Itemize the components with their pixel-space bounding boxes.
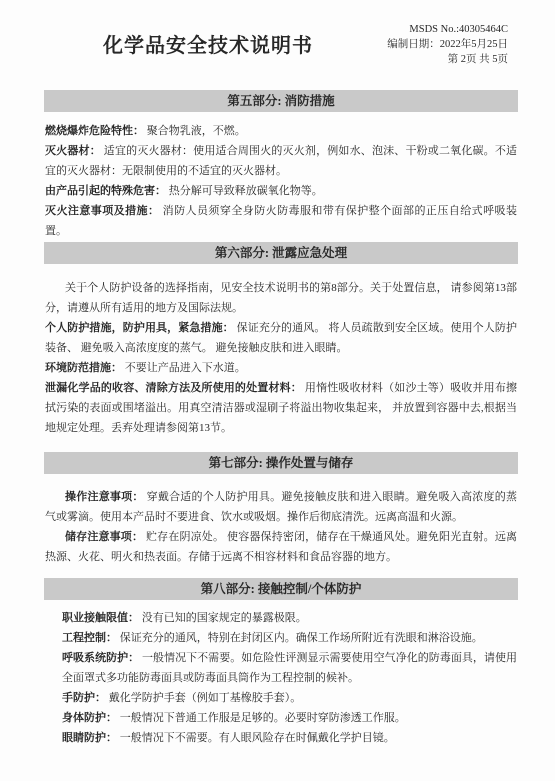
field-label: 身体防护： xyxy=(62,712,117,724)
page-indicator: 第 2页 共 5页 xyxy=(387,52,508,67)
paragraph: 操作注意事项： 穿戴合适的个人防护用具。避免接触皮肤和进入眼睛。避免吸入高浓度的… xyxy=(45,487,517,527)
field-value: 不要让产品进入下水道。 xyxy=(122,362,246,374)
paragraph: 工程控制： 保证充分的通风，特别在封闭区内。确保工作场所附近有洗眼和淋浴设施。 xyxy=(62,628,517,648)
section-header-fire-fighting: 第五部分: 消防措施 xyxy=(44,90,518,112)
paragraph: 灭火注意事项及措施： 消防人员须穿全身防火防毒服和带有保护整个面部的正压自给式呼… xyxy=(45,201,517,241)
field-label: 泄漏化学品的收容、清除方法及所使用的处置材料： xyxy=(45,382,302,394)
field-label: 个人防护措施，防护用具，紧急措施： xyxy=(45,322,234,334)
field-value: 一般情况下不需要。有人眼风险存在时佩戴化学护目镜。 xyxy=(117,732,395,744)
paragraph: 个人防护措施，防护用具，紧急措施： 保证充分的通风。 将人员疏散到安全区域。使用… xyxy=(45,318,517,358)
paragraph: 职业接触限值： 没有已知的国家规定的暴露极限。 xyxy=(62,608,517,628)
field-value: 聚合物乳液，不燃。 xyxy=(144,125,246,137)
field-value: 关于个人防护设备的选择指南，见安全技术说明书的第8部分。关于处置信息， 请参阅第… xyxy=(45,282,517,314)
section-body-exposure-control: 职业接触限值： 没有已知的国家规定的暴露极限。 工程控制： 保证充分的通风，特别… xyxy=(45,608,517,748)
page-title: 化学品安全技术说明书 xyxy=(103,29,313,58)
field-label: 呼吸系统防护： xyxy=(62,652,139,664)
field-label: 眼睛防护： xyxy=(62,732,117,744)
field-value: 保证充分的通风，特别在封闭区内。确保工作场所附近有洗眼和淋浴设施。 xyxy=(117,632,483,644)
msds-document-page: 化学品安全技术说明书 MSDS No.:40305464C 编制日期：2022年… xyxy=(0,0,555,781)
field-label: 工程控制： xyxy=(62,632,117,644)
paragraph: 眼睛防护： 一般情况下不需要。有人眼风险存在时佩戴化学护目镜。 xyxy=(62,728,517,748)
paragraph: 泄漏化学品的收容、清除方法及所使用的处置材料： 用惰性吸收材料（如沙土等）吸收并… xyxy=(45,378,517,438)
paragraph: 燃烧爆炸危险特性： 聚合物乳液，不燃。 xyxy=(45,121,517,141)
field-value: 适宜的灭火器材：使用适合周围火的灭火剂，例如水、泡沫、干粉或二氧化碳。不适宜的灭… xyxy=(45,145,517,177)
paragraph: 灭火器材： 适宜的灭火器材：使用适合周围火的灭火剂，例如水、泡沫、干粉或二氧化碳… xyxy=(45,141,517,181)
paragraph: 储存注意事项： 贮存在阴凉处。 使容器保持密闭，储存在干燥通风处。避免阳光直射。… xyxy=(45,527,517,567)
field-label: 手防护： xyxy=(62,692,106,704)
section-header-exposure-control: 第八部分: 接触控制/个体防护 xyxy=(44,578,518,600)
field-label: 环境防范措施： xyxy=(45,362,122,374)
field-value: 没有已知的国家规定的暴露极限。 xyxy=(139,612,307,624)
field-label: 储存注意事项： xyxy=(65,531,143,543)
field-value: 热分解可导致释放碳氧化物等。 xyxy=(166,185,323,197)
field-label: 职业接触限值： xyxy=(62,612,139,624)
section-body-handling-storage: 操作注意事项： 穿戴合适的个人防护用具。避免接触皮肤和进入眼睛。避免吸入高浓度的… xyxy=(45,487,517,567)
paragraph: 呼吸系统防护： 一般情况下不需要。如危险性评测显示需要使用空气净化的防毒面具，请… xyxy=(62,648,517,688)
field-label: 操作注意事项： xyxy=(65,491,144,503)
prepared-date: 编制日期：2022年5月25日 xyxy=(387,37,508,52)
field-label: 灭火注意事项及措施： xyxy=(45,205,159,217)
section-body-fire-fighting: 燃烧爆炸危险特性： 聚合物乳液，不燃。 灭火器材： 适宜的灭火器材：使用适合周围… xyxy=(45,121,517,241)
field-value: 戴化学防护手套（例如丁基橡胶手套）。 xyxy=(106,692,301,704)
paragraph: 身体防护： 一般情况下普通工作服是足够的。必要时穿防渗透工作服。 xyxy=(62,708,517,728)
paragraph: 由产品引起的特殊危害： 热分解可导致释放碳氧化物等。 xyxy=(45,181,517,201)
section-header-accidental-release: 第六部分: 泄露应急处理 xyxy=(44,242,518,264)
field-label: 灭火器材： xyxy=(45,145,101,157)
field-value: 一般情况下普通工作服是足够的。必要时穿防渗透工作服。 xyxy=(117,712,406,724)
paragraph: 关于个人防护设备的选择指南，见安全技术说明书的第8部分。关于处置信息， 请参阅第… xyxy=(45,278,517,318)
section-body-accidental-release: 关于个人防护设备的选择指南，见安全技术说明书的第8部分。关于处置信息， 请参阅第… xyxy=(45,278,517,438)
msds-number: MSDS No.:40305464C xyxy=(387,22,508,37)
section-header-handling-storage: 第七部分: 操作处置与储存 xyxy=(44,452,518,474)
paragraph: 手防护： 戴化学防护手套（例如丁基橡胶手套）。 xyxy=(62,688,517,708)
paragraph: 环境防范措施： 不要让产品进入下水道。 xyxy=(45,358,517,378)
field-label: 由产品引起的特殊危害： xyxy=(45,185,166,197)
document-body: 第五部分: 消防措施 燃烧爆炸危险特性： 聚合物乳液，不燃。 灭火器材： 适宜的… xyxy=(0,90,555,748)
document-meta: MSDS No.:40305464C 编制日期：2022年5月25日 第 2页 … xyxy=(387,22,508,67)
field-label: 燃烧爆炸危险特性： xyxy=(45,125,144,137)
